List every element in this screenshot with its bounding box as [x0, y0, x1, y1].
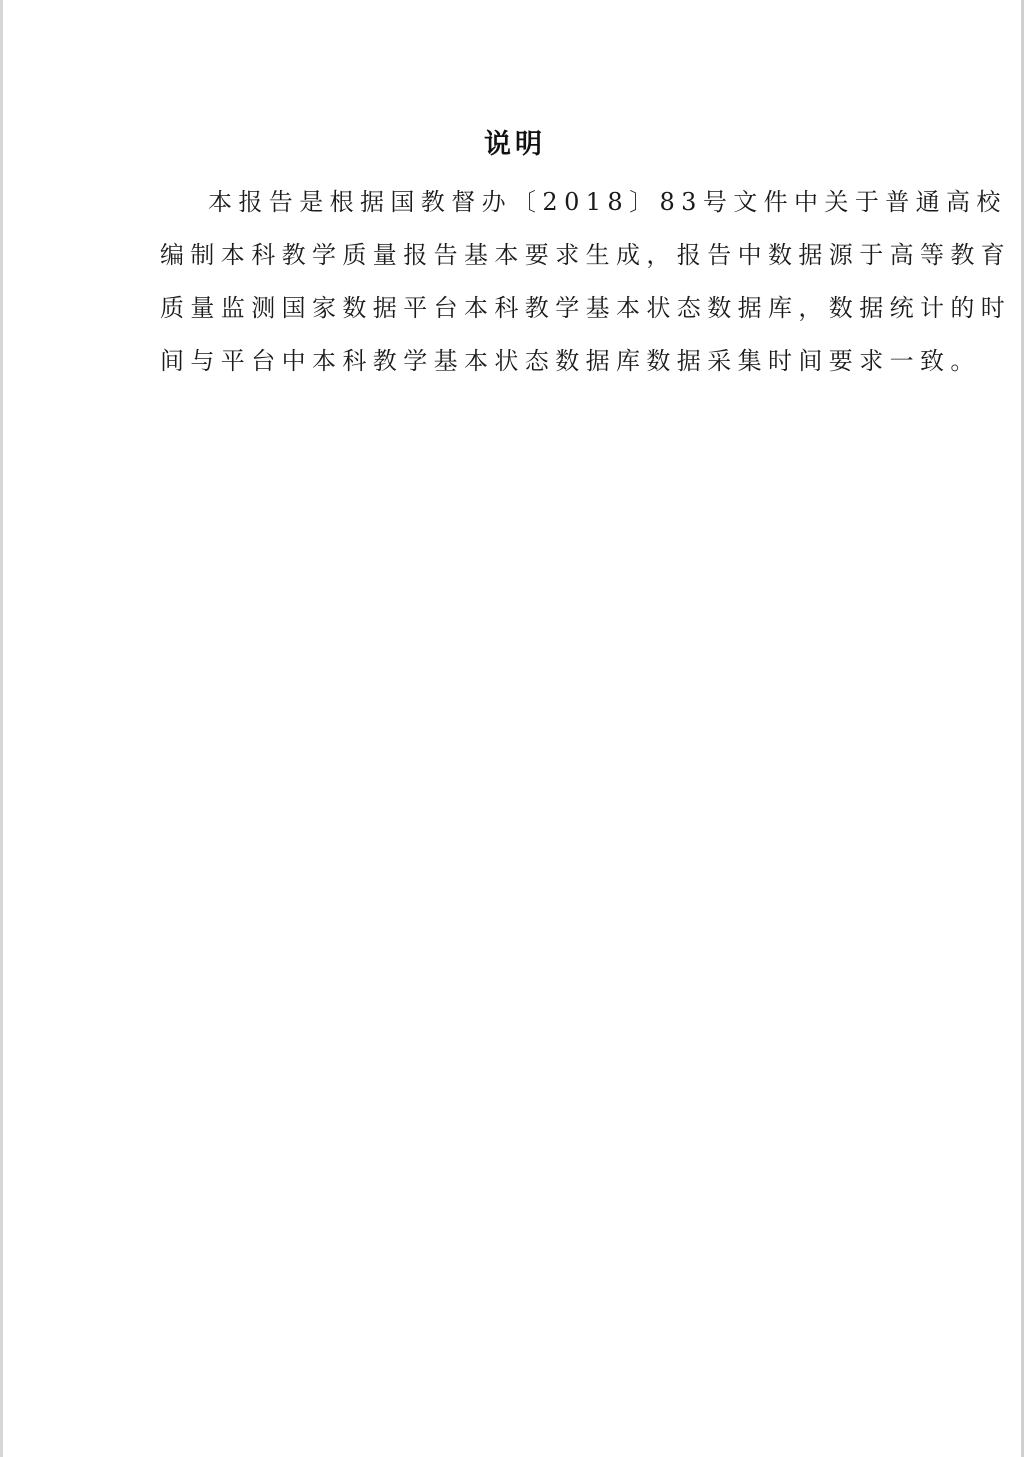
page-title: 说明: [3, 127, 1024, 163]
paragraph-line: 编制本科教学质量报告基本要求生成，报告中数据源于高等教育: [160, 229, 872, 282]
paragraph-line: 质量监测国家数据平台本科教学基本状态数据库，数据统计的时: [160, 282, 872, 335]
paragraph-line: 间与平台中本科教学基本状态数据库数据采集时间要求一致。: [160, 335, 872, 388]
document-page: 说明 本报告是根据国教督办〔2018〕83号文件中关于普通高校 编制本科教学质量…: [0, 0, 1024, 1457]
explanation-paragraph: 本报告是根据国教督办〔2018〕83号文件中关于普通高校 编制本科教学质量报告基…: [160, 176, 872, 388]
paragraph-line: 本报告是根据国教督办〔2018〕83号文件中关于普通高校: [160, 176, 872, 229]
